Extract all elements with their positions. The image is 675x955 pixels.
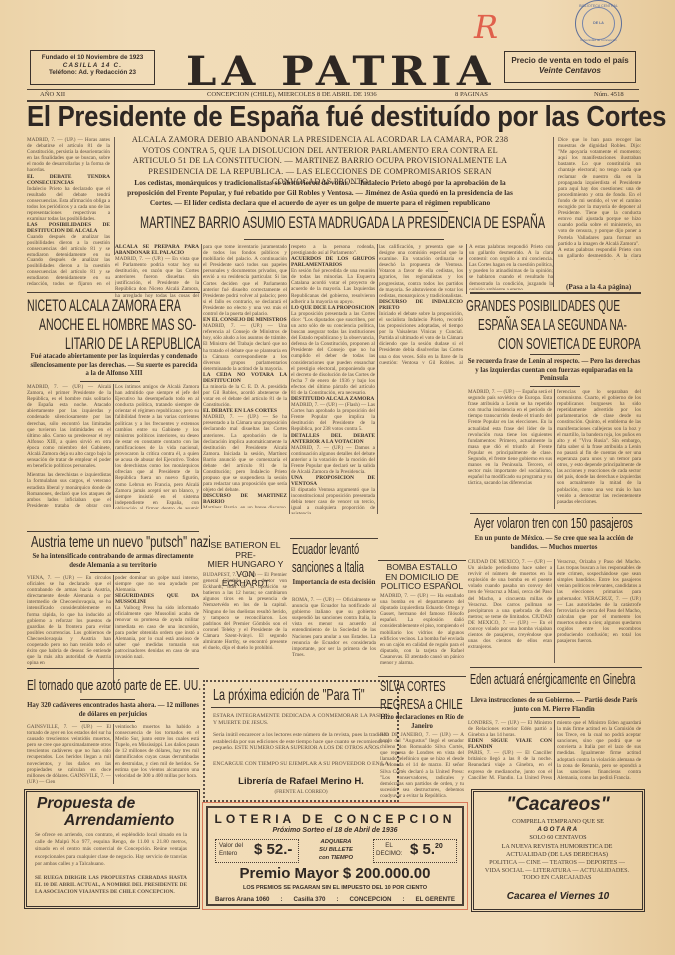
bomba-headline: BOMBA ESTALLO EN DOMICILIO DE POLITICO E… xyxy=(378,563,466,592)
decimo-price: $ 5.20 xyxy=(410,841,443,858)
lead-col-2: ALCALA SE PREPARA PARA ABANDONAR EL PALA… xyxy=(115,244,199,299)
handwritten-mark: R xyxy=(474,8,498,46)
austria-deck: Se ha intensificado contrabando de armas… xyxy=(27,553,199,570)
issue-number: Núm. 4518 xyxy=(594,90,624,99)
eden-col-2: miento que el Ministro Eden aguardará la… xyxy=(557,720,641,780)
dateline: CONCEPCION (CHILE), MIERCOLES 8 DE ABRIL… xyxy=(207,90,377,99)
newspaper-page: Fundado el 10 Noviembre de 1923 CASILLA … xyxy=(0,0,675,955)
entero-price-box: Valor del Entero $ 52.- xyxy=(215,839,299,863)
ayer-col-2: Veracruz, Orizaba y Paso del Macho. Las … xyxy=(557,559,641,663)
lead-deck-text: Los cedistas, monárquicos y tradicionali… xyxy=(120,178,520,207)
subhead: LAS POSIBILIDADES DE DESTITUCION DE ALCA… xyxy=(27,222,110,234)
grandes-deck: Se recuerda frase de Lenin al respecto. … xyxy=(466,358,642,384)
eden-col-1: LONDRES, 7. — (UP.) — El Ministro de Rel… xyxy=(468,720,552,780)
stamp-top: BIBLIOTECA CENTRAL xyxy=(576,4,621,8)
grandes-col-2: ferencias que lo separaban del comunismo… xyxy=(557,389,641,509)
niceto-headline: NICETO ALCALA ZAMORA ERA ANOCHE EL HOMBR… xyxy=(27,296,202,353)
propuesta-ad: Propuesta de Arrendamiento Se ofrece en … xyxy=(24,789,200,909)
silva-deck: Hizo declaraciones en Río de Janeiro xyxy=(380,714,464,731)
propuesta-headline-1: Propuesta de xyxy=(37,795,135,813)
loteria-note: LOS PREMIOS SE PAGARAN SIN EL IMPUESTO D… xyxy=(203,885,467,891)
premio-mayor: Premio Mayor $ 200.000.00 xyxy=(203,865,467,882)
page-count: 8 PAGINAS xyxy=(455,90,488,99)
stamp-middle: DE LA xyxy=(576,21,621,25)
eden-headline: Eden actuará enérgicamente en Ginebra xyxy=(470,671,635,689)
subhead: LO QUE DICE LA PROPOSICION xyxy=(291,305,375,311)
lead-col-5: las calificación, y presenta que se desi… xyxy=(379,244,463,364)
austria-col-2: poder dominar un golpe nazi interno, sie… xyxy=(115,575,199,687)
silva-headline: SILVA CORTES REGRESA a CHILE xyxy=(380,678,468,714)
telephone: Teléfono: Ad. y Redacción 23 xyxy=(31,69,154,77)
subhead: DISCURSO DE INDALECIO PRIETO xyxy=(379,299,463,311)
ecuador-headline: Ecuador levantó sanciones a Italia xyxy=(292,541,380,577)
casilla: CASILLA 14 C. xyxy=(31,62,154,70)
subhead: ACUERDOS DE LOS GRUPOS PARLAMENTARIOS xyxy=(291,256,375,268)
lead-left-column: MADRID, 7. — (UP.) — Horas antes de deba… xyxy=(27,137,110,257)
tornado-deck: Hay 320 cadáveres encontrados hasta ahor… xyxy=(27,702,199,719)
subhead: EL DEBATE TENDRA CONSECUENCIAS xyxy=(27,174,110,186)
ayer-headline: Ayer volaron tren con 150 pasajeros xyxy=(474,515,633,533)
bomba-body: MADRID, 7. — (UP.) — Ha estallado una bo… xyxy=(380,593,464,678)
lead-left-column-cont: Cuando después de analizar las posibilid… xyxy=(27,257,110,287)
lead-col-5b: A estas palabras respondió Prieto con un… xyxy=(469,244,553,290)
loteria-title: LOTERIA DE CONCEPCION xyxy=(203,812,467,826)
hungaro-body: BUDAPEST, 7. — (UP.) — El Premier genera… xyxy=(203,572,287,672)
loteria-subtitle: Próximo Sorteo el 18 de Abril de 1936 xyxy=(203,827,467,834)
ecuador-body: ROMA, 7. — (UP.) — Oficialmente se anunc… xyxy=(292,597,376,677)
lead-col-3: para que tome inventario juramentado de … xyxy=(203,244,287,508)
subhead: LA CEDA NO VOTARA LA DESTITUCION xyxy=(203,372,287,384)
lead-col-6: Dice que lo han para recoger las muestra… xyxy=(558,137,641,260)
niceto-col-1: MADRID, 7. — (UP.) — Alcalá Zamora, el p… xyxy=(27,384,111,509)
continued-note: (Pasa a la 4.a página) xyxy=(566,283,631,291)
subhead: DISCURSO DE MARTINEZ BARRIO xyxy=(203,493,287,505)
loteria-footer: Barros Arana 1060 : Casilla 370 : CONCEP… xyxy=(215,896,455,903)
lead-col-4: respeto a la persona rodeada, prestigian… xyxy=(291,244,375,514)
niceto-col-2: Los íntimos amigos de Alcalá Zamora han … xyxy=(115,384,199,509)
lead-headline: El Presidente de España fué destituído p… xyxy=(27,101,666,133)
ayer-deck: En un punto de México. — Se cree que sea… xyxy=(466,535,642,552)
library-stamp: BIBLIOTECA CENTRAL DE LA Universidad de … xyxy=(575,0,622,47)
para-ti-headline: La próxima edición de "Para Ti" xyxy=(213,686,365,706)
price-value: Veinte Centavos xyxy=(505,66,635,76)
niceto-deck: Fué atacado abiertamente por las izquier… xyxy=(30,353,198,379)
eden-deck: Lleva instrucciones de su Gobierno. — Pa… xyxy=(466,697,642,714)
tornado-headline: El tornado que azotó parte de EE. UU. xyxy=(27,677,201,695)
bookstore-name: Librería de Rafael Merino H. xyxy=(205,776,397,787)
subhead: DETALLES DEL DEBATE ANTERIOR A LA VOTACI… xyxy=(291,433,375,445)
austria-headline: Austria teme un nuevo "putsch" nazi xyxy=(31,534,211,552)
year: AÑO XII xyxy=(40,90,65,99)
entero-price: $ 52.- xyxy=(254,841,292,858)
decimo-price-box: EL DECIMO: $ 5.20 xyxy=(373,839,457,863)
masthead-title: LA PATRIA xyxy=(186,52,496,92)
subhead: EDEN SIGUE VIAJE CON FLANDIN xyxy=(468,738,552,750)
loteria-center-text: ADQUIERA SU BILLETE con TIEMPO xyxy=(305,838,367,862)
subhead: ALCALA SE PREPARA PARA ABANDONAR EL PALA… xyxy=(115,244,199,256)
tornado-col-1: GAINSVILLE, 7. — (UP.) — El tornado de a… xyxy=(27,724,111,784)
subhead: UNA PROPOSICION DE VENTOSA xyxy=(291,475,375,487)
stamp-bottom: Universidad de Concepción xyxy=(576,38,621,42)
tornado-col-2: veintiocho muertos ha habido a consecuen… xyxy=(115,724,199,784)
cacareos-ad: "Cacareos" COMPRELA TEMPRANO QUE SE AGOT… xyxy=(471,789,645,912)
price-box: Precio de venta en todo el país Veinte C… xyxy=(504,51,636,83)
ecuador-deck: Importancia de esta decisión xyxy=(292,579,376,588)
second-headline: MARTINEZ BARRIO ASUMIO ESTA MADRUGADA LA… xyxy=(140,213,545,233)
founded-date: Fundado el 10 Noviembre de 1923 xyxy=(31,54,154,62)
propuesta-headline-2: Arrendamiento xyxy=(64,812,174,830)
silva-body: RIO DE JANEIRO, 7. — (UP.) — A bordo del… xyxy=(380,732,464,798)
para-ti-ad: La próxima edición de "Para Ti" ESTARA I… xyxy=(203,680,399,802)
austria-col-1: VIENA, 7. — (UP.) — En círculos oficiale… xyxy=(27,575,111,687)
grandes-col-1: MADRID, 7. — (UP.) — España será el segu… xyxy=(468,389,552,509)
founded-box: Fundado el 10 Noviembre de 1923 CASILLA … xyxy=(30,50,155,85)
ayer-col-1: CIUDAD DE MEXICO, 7. — (UP.) — Un aislad… xyxy=(468,559,552,663)
cacareos-footer: Cacarea el Viernes 10 xyxy=(474,891,642,902)
subhead: SEGURIDADES QUE DA MUSSOLINI xyxy=(115,593,199,605)
cacareos-title: "Cacareos" xyxy=(474,794,642,816)
grandes-headline: GRANDES POSIBILIDADES QUE ESPAÑA SEA LA … xyxy=(466,297,646,354)
price-label: Precio de venta en todo el país xyxy=(505,56,635,66)
loteria-ad: LOTERIA DE CONCEPCION Próximo Sorteo el … xyxy=(202,802,468,910)
